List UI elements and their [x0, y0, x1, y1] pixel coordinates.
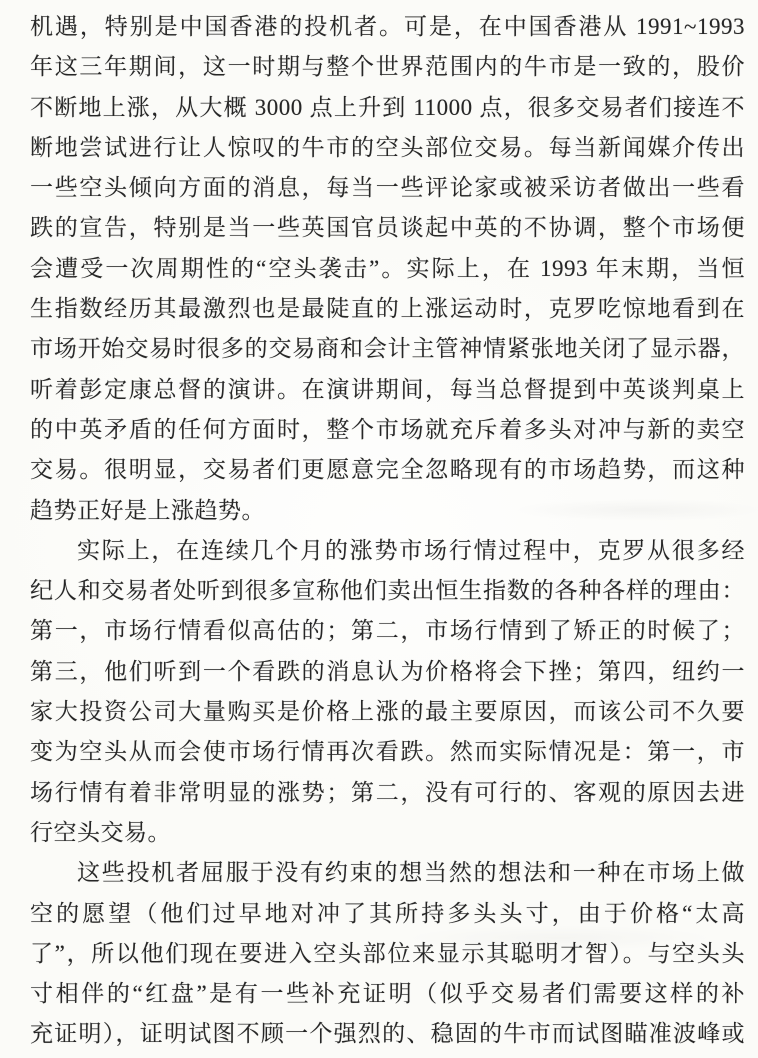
- text-line: 充证明），证明试图不顾一个强烈的、稳固的牛市而试图瞄准波峰或: [30, 1014, 745, 1054]
- text-line: 了”，所以他们现在要进入空头部位来显示其聪明才智）。与空头头: [30, 934, 745, 974]
- text-line: 听着彭定康总督的演讲。在演讲期间，每当总督提到中英谈判桌上: [30, 370, 745, 410]
- text-line: 这些投机者屈服于没有约束的想当然的想法和一种在市场上做: [30, 853, 745, 893]
- scanned-book-page: 机遇，特别是中国香港的投机者。可是，在中国香港从 1991~1993年这三年期间…: [0, 0, 758, 1058]
- text-line: 变为空头从而会使市场行情再次看跌。然而实际情况是：第一，市: [30, 732, 745, 772]
- text-line: 空的愿望（他们过早地对冲了其所持多头头寸，由于价格“太高: [30, 894, 745, 934]
- text-line: 行空头交易。: [30, 813, 745, 853]
- text-line: 家大投资公司大量购买是价格上涨的最主要原因，而该公司不久要: [30, 692, 745, 732]
- text-line: 市场开始交易时很多的交易商和会计主管神情紧张地关闭了显示器，: [30, 329, 745, 369]
- text-line: 趋势正好是上涨趋势。: [30, 491, 745, 531]
- text-line: 交易。很明显，交易者们更愿意完全忽略现有的市场趋势，而这种: [30, 450, 745, 490]
- text-line: 年这三年期间，这一时期与整个世界范围内的牛市是一致的，股价: [30, 47, 745, 87]
- text-line: 实际上，在连续几个月的涨势市场行情过程中，克罗从很多经: [30, 531, 745, 571]
- text-line: 第三，他们听到一个看跌的消息认为价格将会下挫；第四，纽约一: [30, 652, 745, 692]
- text-line: 寸相伴的“红盘”是有一些补充证明（似乎交易者们需要这样的补: [30, 974, 745, 1014]
- text-line: 一些空头倾向方面的消息，每当一些评论家或被采访者做出一些看: [30, 168, 745, 208]
- body-text: 机遇，特别是中国香港的投机者。可是，在中国香港从 1991~1993年这三年期间…: [30, 7, 745, 1055]
- text-line: 会遭受一次周期性的“空头袭击”。实际上，在 1993 年末期，当恒: [30, 249, 745, 289]
- text-line: 场行情有着非常明显的涨势；第二，没有可行的、客观的原因去进: [30, 773, 745, 813]
- text-line: 第一，市场行情看似高估的；第二，市场行情到了矫正的时候了；: [30, 611, 745, 651]
- text-line: 不断地上涨，从大概 3000 点上升到 11000 点，很多交易者们接连不: [30, 88, 745, 128]
- text-line: 生指数经历其最激烈也是最陡直的上涨运动时，克罗吃惊地看到在: [30, 289, 745, 329]
- text-line: 纪人和交易者处听到很多宣称他们卖出恒生指数的各种各样的理由：: [30, 571, 745, 611]
- text-line: 的中英矛盾的任何方面时，整个市场就充斥着多头对冲与新的卖空: [30, 410, 745, 450]
- text-line: 机遇，特别是中国香港的投机者。可是，在中国香港从 1991~1993: [30, 7, 745, 47]
- text-line: 跌的宣告，特别是当一些英国官员谈起中英的不协调，整个市场便: [30, 208, 745, 248]
- text-line: 断地尝试进行让人惊叹的牛市的空头部位交易。每当新闻媒介传出: [30, 128, 745, 168]
